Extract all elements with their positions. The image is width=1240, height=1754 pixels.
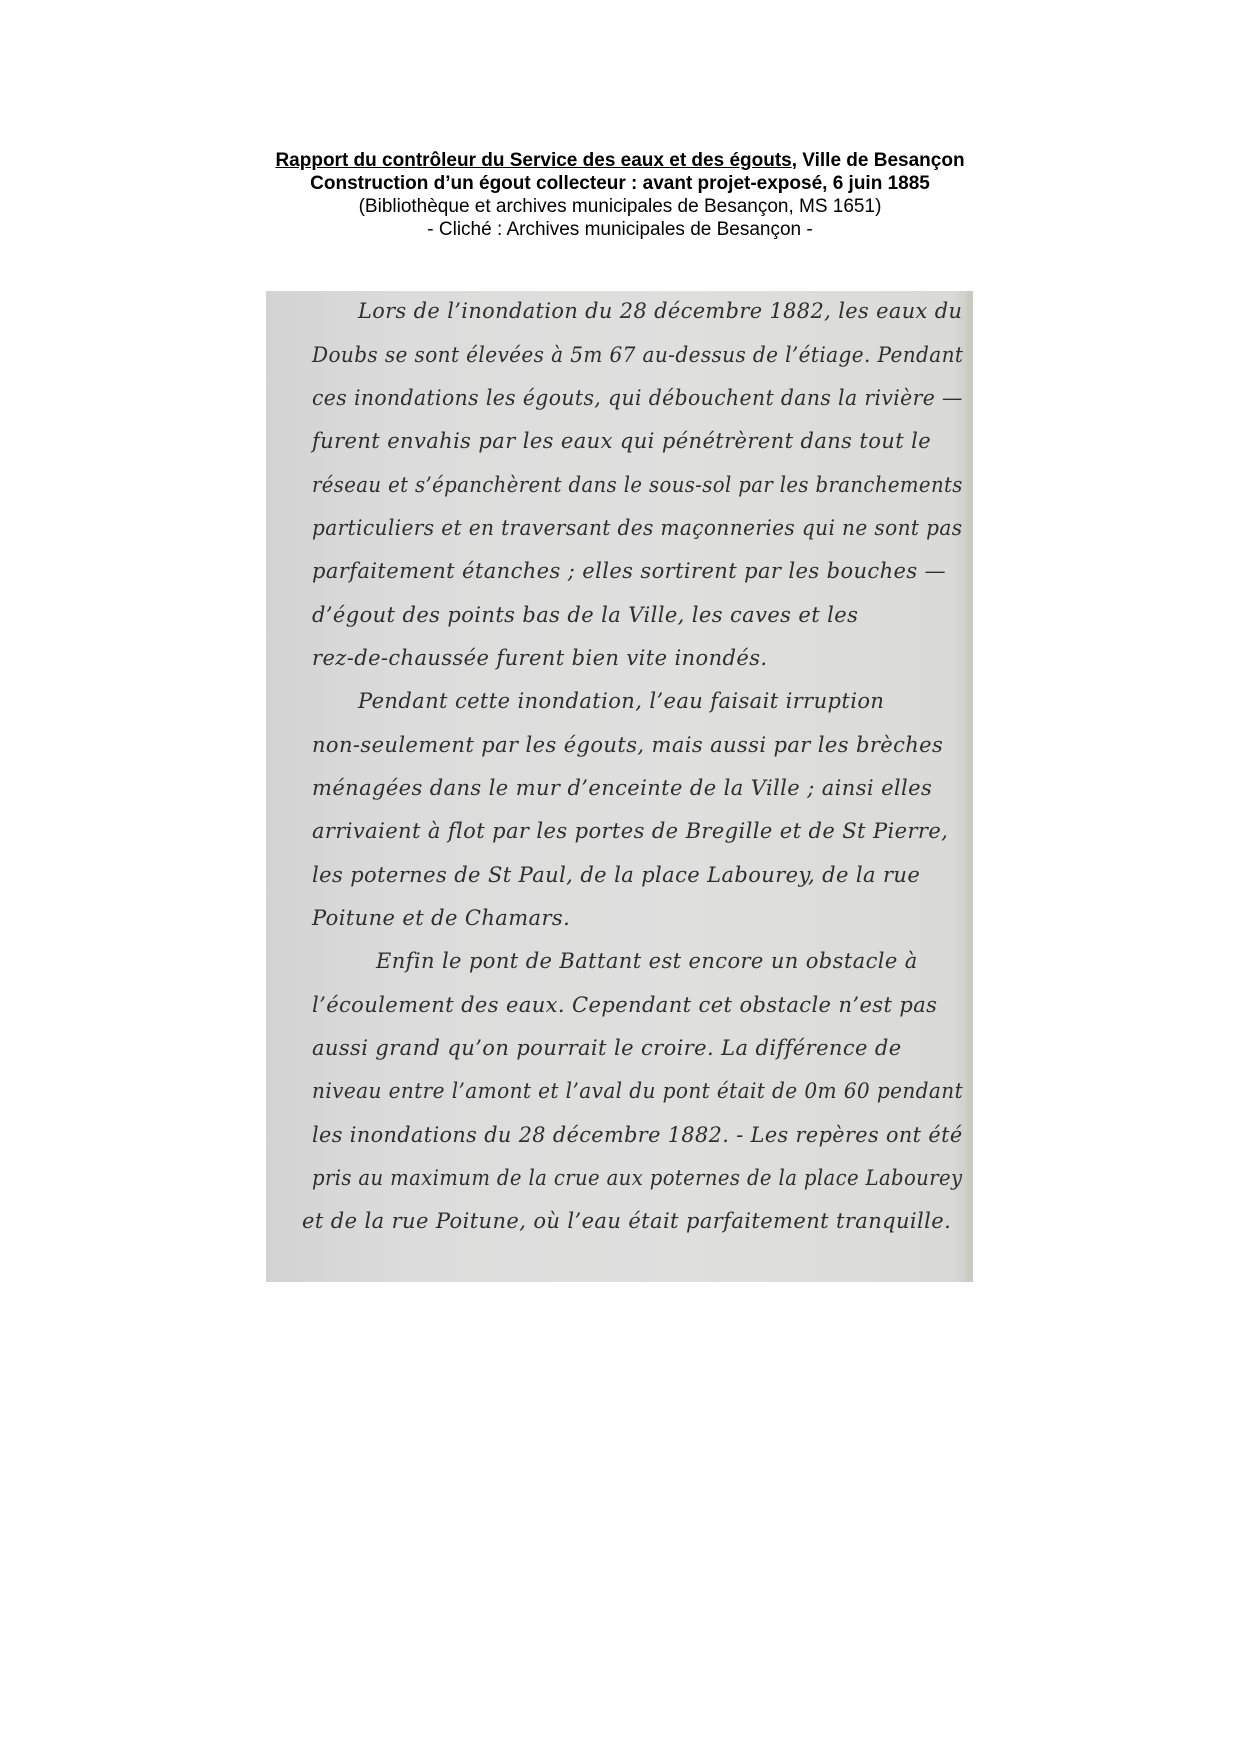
manuscript-line: Poitune et de Chamars. [312,906,570,930]
manuscript-line: pris au maximum de la crue aux poternes … [312,1166,962,1190]
manuscript-line: arrivaient à flot par les portes de Breg… [312,819,948,843]
manuscript-line: rez-de-chaussée furent bien vite inondés… [312,646,767,670]
manuscript-line: Doubs se sont élevées à 5m 67 au-dessus … [312,343,963,367]
manuscript-line: les poternes de St Paul, de la place Lab… [312,863,920,887]
manuscript-line: l’écoulement des eaux. Cependant cet obs… [312,993,937,1017]
manuscript-line: Pendant cette inondation, l’eau faisait … [358,689,884,713]
manuscript-scan: Lors de l’inondation du 28 décembre 1882… [266,291,973,1282]
manuscript-line: furent envahis par les eaux qui pénétrèr… [312,429,931,453]
caption-title-line: Rapport du contrôleur du Service des eau… [0,149,1240,172]
caption-report-title: Rapport du contrôleur du Service des eau… [275,150,791,171]
manuscript-line: réseau et s’épanchèrent dans le sous-sol… [312,473,963,497]
manuscript-line: Enfin le pont de Battant est encore un o… [376,949,918,973]
manuscript-line: Lors de l’inondation du 28 décembre 1882… [358,299,962,323]
manuscript-line: et de la rue Poitune, où l’eau était par… [302,1209,951,1233]
caption-source: (Bibliothèque et archives municipales de… [0,195,1240,218]
manuscript-line: particuliers et en traversant des maçonn… [312,516,962,540]
manuscript-line: d’égout des points bas de la Ville, les … [312,603,858,627]
document-caption: Rapport du contrôleur du Service des eau… [0,149,1240,241]
manuscript-line: les inondations du 28 décembre 1882. - L… [312,1123,963,1147]
caption-credit: - Cliché : Archives municipales de Besan… [0,218,1240,241]
caption-subtitle: Construction d’un égout collecteur : ava… [0,172,1240,195]
manuscript-line: ces inondations les égouts, qui débouche… [312,386,963,410]
manuscript-line: parfaitement étanches ; elles sortirent … [312,559,946,583]
manuscript-line: niveau entre l’amont et l’aval du pont é… [312,1079,963,1103]
manuscript-line: ménagées dans le mur d’enceinte de la Vi… [312,776,932,800]
caption-city: , Ville de Besançon [792,150,965,171]
manuscript-line: non-seulement par les égouts, mais aussi… [312,733,943,757]
manuscript-line: aussi grand qu’on pourrait le croire. La… [312,1036,902,1060]
